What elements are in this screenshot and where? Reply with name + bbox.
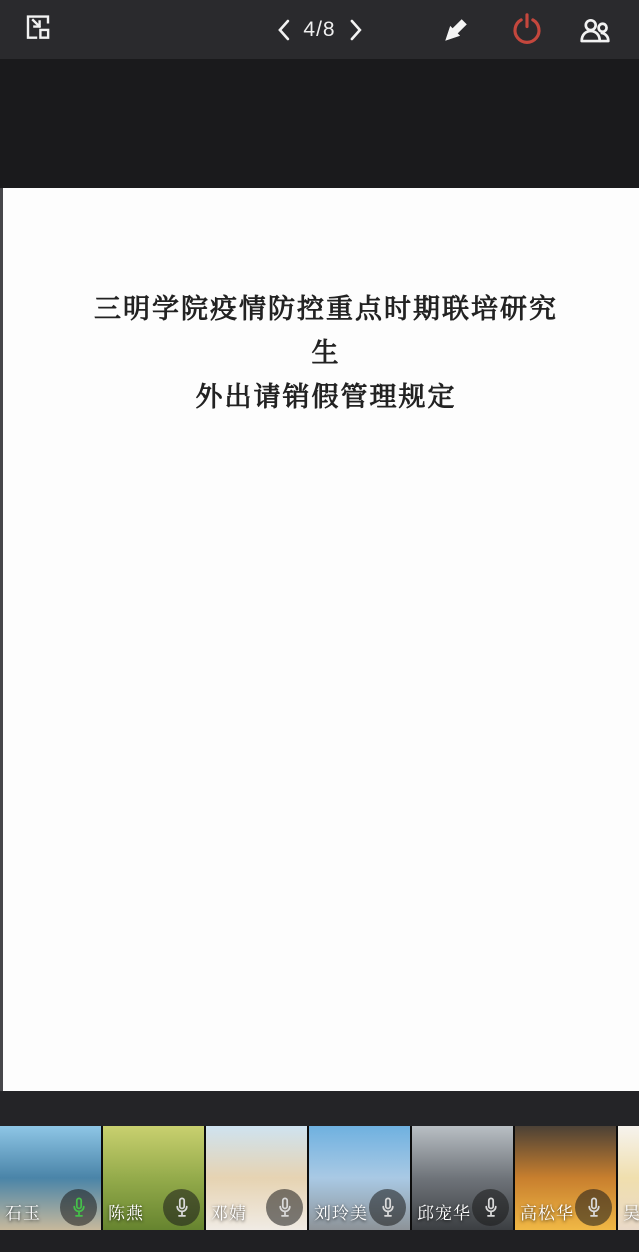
- chevron-left-icon: [276, 19, 290, 41]
- participant-name: 刘玲美: [314, 1199, 368, 1224]
- microphone-icon: [377, 1196, 399, 1220]
- shrink-window-button[interactable]: [22, 11, 54, 43]
- pointer-arrow-icon: [441, 11, 475, 45]
- participant-name: 石玉: [5, 1199, 41, 1224]
- prev-page-button[interactable]: [276, 19, 290, 41]
- power-icon: [509, 10, 545, 46]
- document-title-line2: 外出请销假管理规定: [85, 375, 567, 419]
- letterbox-top: [0, 59, 639, 188]
- mic-badge[interactable]: [163, 1189, 200, 1226]
- microphone-icon: [68, 1196, 90, 1220]
- participant-tile[interactable]: 陈燕: [103, 1126, 204, 1230]
- participant-filmstrip: 石玉 陈燕 邓婧: [0, 1126, 639, 1230]
- participant-name: 吴龙: [623, 1199, 639, 1224]
- mic-badge[interactable]: [266, 1189, 303, 1226]
- participant-tile[interactable]: 邱宠华: [412, 1126, 513, 1230]
- pointer-tool-button[interactable]: [441, 11, 475, 45]
- participant-tile[interactable]: 邓婧: [206, 1126, 307, 1230]
- end-session-button[interactable]: [509, 10, 545, 46]
- participant-tile[interactable]: 石玉: [0, 1126, 101, 1230]
- mic-badge[interactable]: [60, 1189, 97, 1226]
- mic-badge[interactable]: [369, 1189, 406, 1226]
- page-navigation: 4/8: [276, 0, 362, 59]
- conference-screen: 4/8: [0, 0, 639, 1252]
- participant-tile[interactable]: 刘玲美: [309, 1126, 410, 1230]
- microphone-icon: [171, 1196, 193, 1220]
- letterbox-bottom: [0, 1091, 639, 1126]
- mic-badge[interactable]: [575, 1189, 612, 1226]
- participant-tile[interactable]: 高松华: [515, 1126, 616, 1230]
- document-title: 三明学院疫情防控重点时期联培研究生 外出请销假管理规定: [85, 287, 567, 419]
- page-indicator: 4/8: [303, 18, 335, 42]
- bottom-bar: [0, 1230, 639, 1252]
- toolbar: 4/8: [0, 0, 639, 59]
- participants-button[interactable]: [576, 10, 614, 48]
- participant-name: 陈燕: [108, 1199, 144, 1224]
- microphone-icon: [480, 1196, 502, 1220]
- participants-icon: [576, 10, 614, 48]
- next-page-button[interactable]: [349, 19, 363, 41]
- shrink-to-window-icon: [22, 11, 54, 43]
- document-title-line1: 三明学院疫情防控重点时期联培研究生: [85, 287, 567, 375]
- microphone-icon: [583, 1196, 605, 1220]
- participant-name: 邓婧: [211, 1199, 247, 1224]
- shared-document-page: 三明学院疫情防控重点时期联培研究生 外出请销假管理规定: [0, 188, 639, 1091]
- microphone-icon: [274, 1196, 296, 1220]
- participant-name: 邱宠华: [417, 1199, 471, 1224]
- participant-tile[interactable]: 吴龙: [618, 1126, 639, 1230]
- participant-name: 高松华: [520, 1199, 574, 1224]
- mic-badge[interactable]: [472, 1189, 509, 1226]
- chevron-right-icon: [349, 19, 363, 41]
